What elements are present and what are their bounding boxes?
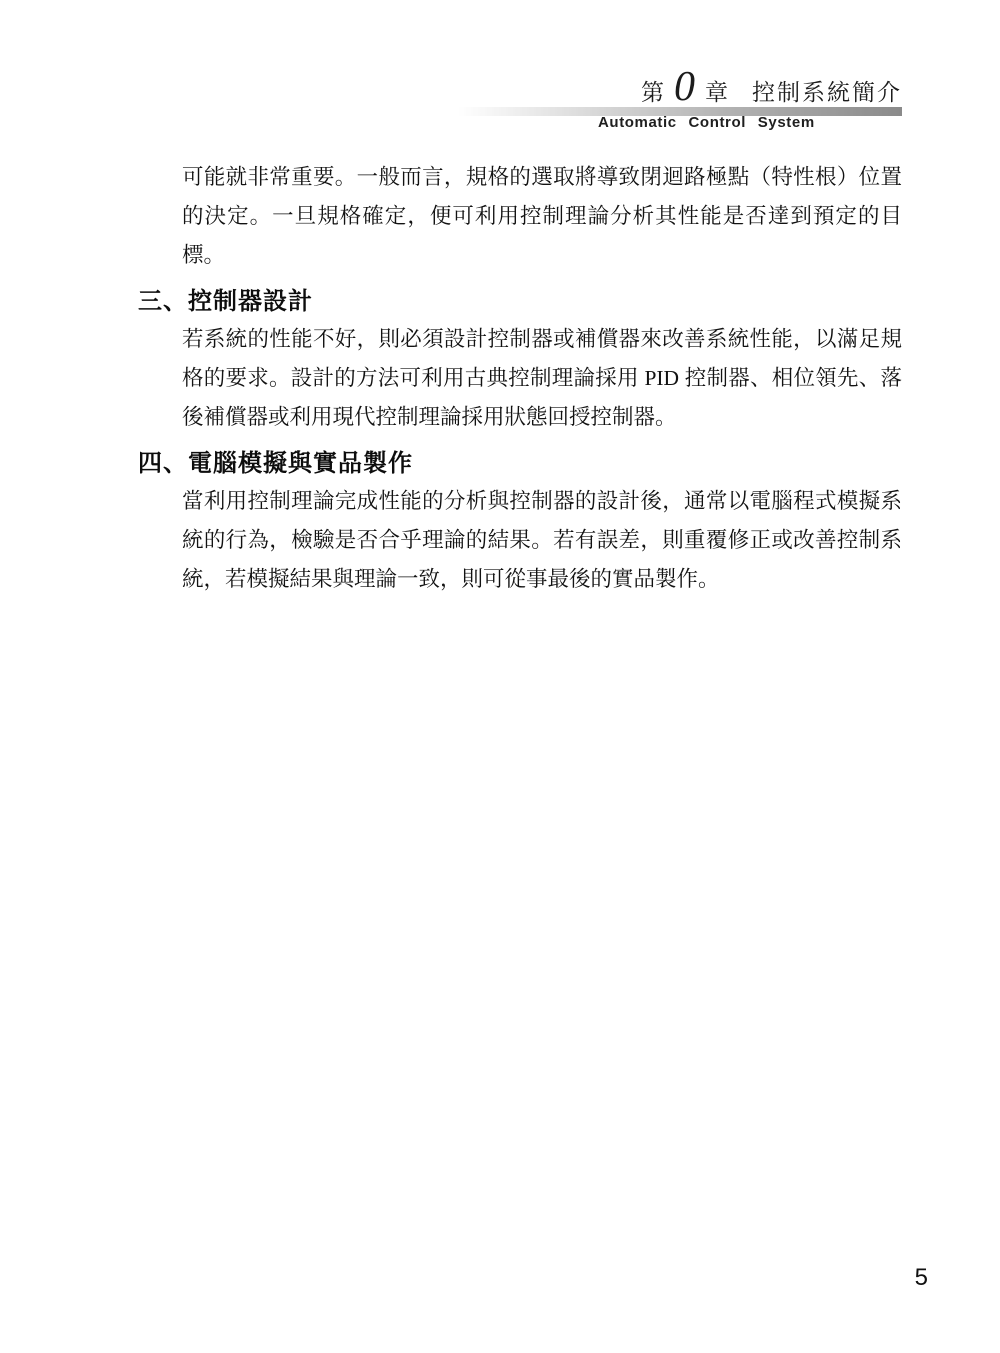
chapter-subtitle-english: Automatic Control System	[598, 114, 815, 131]
book-page: 第 0 章 控制系統簡介 Automatic Control System 可能…	[0, 0, 1000, 1353]
section-paragraph: 若系統的性能不好，則必須設計控制器或補償器來改善系統性能，以滿足規格的要求。設計…	[182, 320, 902, 437]
intro-paragraph: 可能就非常重要。一般而言，規格的選取將導致閉迴路極點（特性根）位置的決定。一旦規…	[182, 158, 902, 275]
section-controller-design: 三、控制器設計 若系統的性能不好，則必須設計控制器或補償器來改善系統性能，以滿足…	[138, 287, 902, 437]
page-number: 5	[915, 1264, 928, 1292]
section-computer-simulation: 四、電腦模擬與實品製作 當利用控制理論完成性能的分析與控制器的設計後，通常以電腦…	[138, 449, 902, 599]
section-heading: 四、電腦模擬與實品製作	[138, 449, 902, 479]
section-paragraph: 當利用控制理論完成性能的分析與控制器的設計後，通常以電腦程式模擬系統的行為，檢驗…	[182, 482, 902, 599]
chapter-header: 第 0 章 控制系統簡介	[641, 66, 902, 108]
chapter-number: 0	[674, 66, 695, 108]
chapter-marker: 章	[705, 74, 728, 107]
chapter-prefix: 第	[641, 74, 666, 107]
chapter-title: 控制系統簡介	[752, 74, 902, 107]
page-content: 可能就非常重要。一般而言，規格的選取將導致閉迴路極點（特性根）位置的決定。一旦規…	[138, 158, 902, 599]
section-heading: 三、控制器設計	[138, 287, 902, 317]
